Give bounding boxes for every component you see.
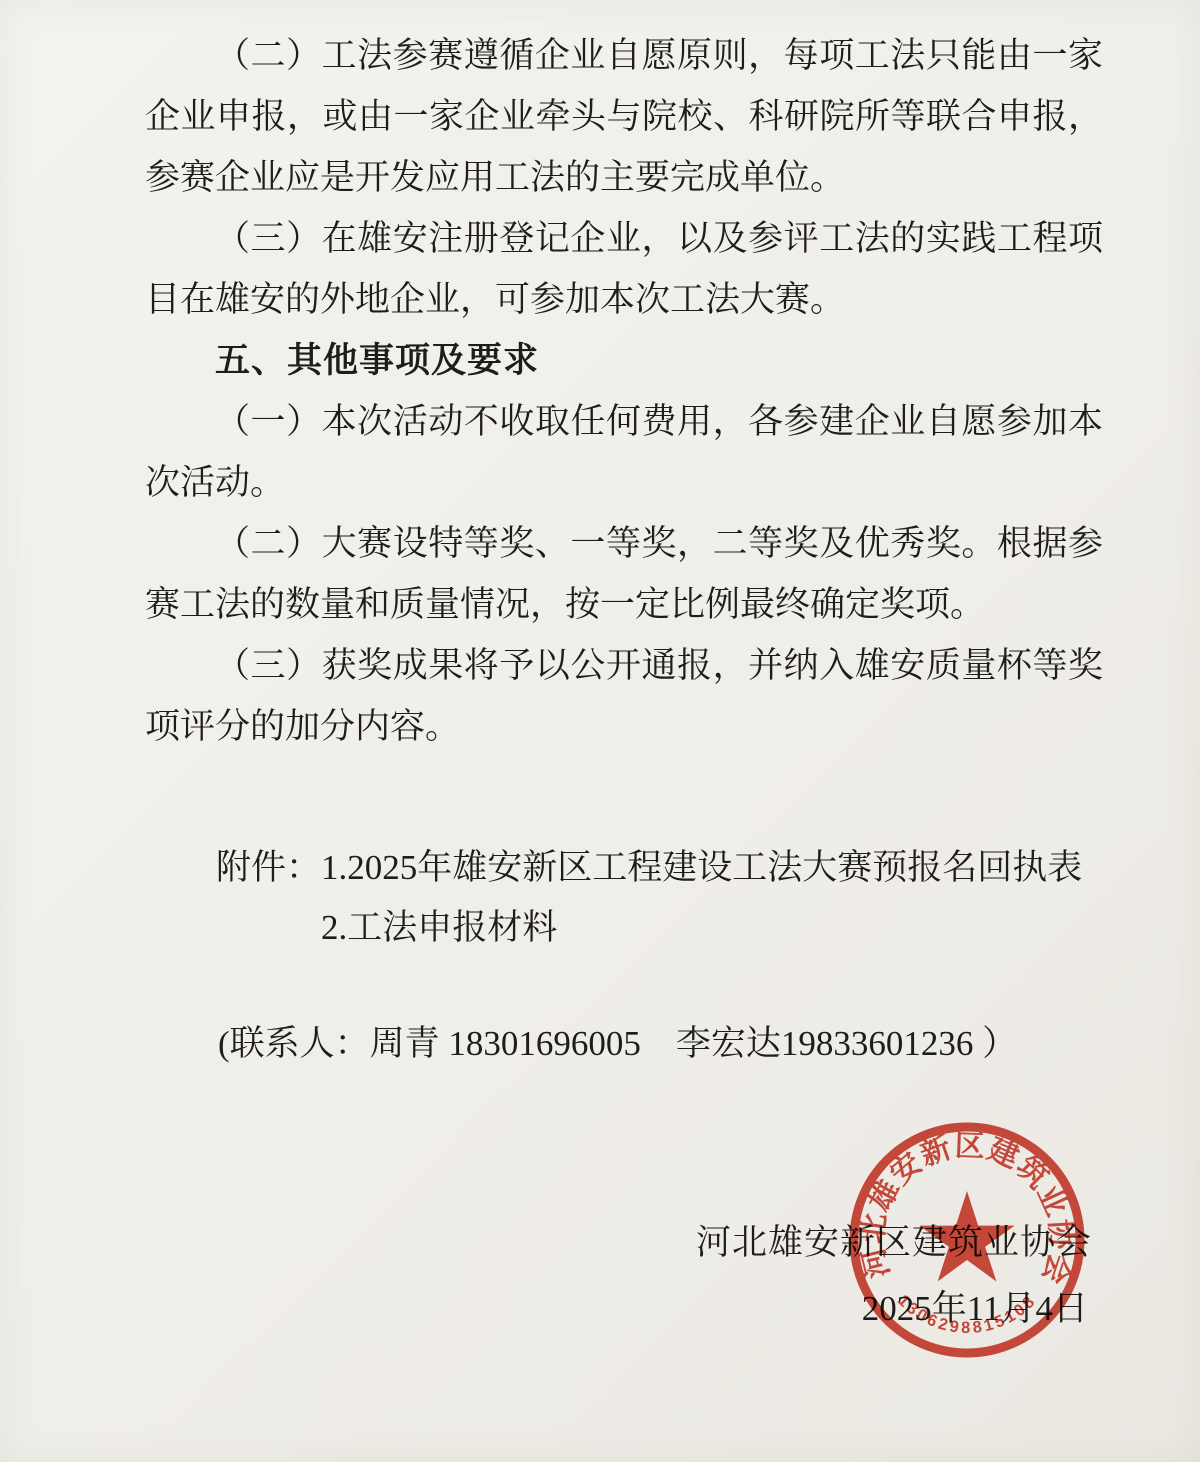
paragraph: （三）获奖成果将予以公开通报，并纳入雄安质量杯等奖项评分的加分内容。 <box>145 635 1103 757</box>
attachments-label: 附件： <box>216 838 321 898</box>
document-body: （二）工法参赛遵循企业自愿原则，每项工法只能由一家企业申报，或由一家企业牵头与院… <box>145 25 1103 757</box>
attachments-list: 1.2025年雄安新区工程建设工法大赛预报名回执表 2.工法申报材料 <box>321 838 1082 958</box>
section-heading: 五、其他事项及要求 <box>145 330 1103 391</box>
official-seal: 河北雄安新区建筑业协会 1306298815108 <box>842 1115 1092 1365</box>
svg-text:1306298815108: 1306298815108 <box>894 1291 1040 1337</box>
paragraph: （二）工法参赛遵循企业自愿原则，每项工法只能由一家企业申报，或由一家企业牵头与院… <box>145 25 1103 208</box>
paragraph: （三）在雄安注册登记企业，以及参评工法的实践工程项目在雄安的外地企业，可参加本次… <box>145 208 1103 330</box>
seal-serial-number: 1306298815108 <box>894 1291 1040 1337</box>
seal-graphic: 河北雄安新区建筑业协会 1306298815108 <box>842 1115 1092 1365</box>
attachment-item: 2.工法申报材料 <box>321 898 1082 958</box>
paragraph: （二）大赛设特等奖、一等奖，二等奖及优秀奖。根据参赛工法的数量和质量情况，按一定… <box>145 513 1103 635</box>
paragraph: （一）本次活动不收取任何费用，各参建企业自愿参加本次活动。 <box>145 391 1103 513</box>
contact-line: (联系人：周青 18301696005 李宏达19833601236 ） <box>218 1022 1017 1066</box>
seal-star-icon <box>919 1191 1014 1282</box>
document-page: （二）工法参赛遵循企业自愿原则，每项工法只能由一家企业申报，或由一家企业牵头与院… <box>0 0 1200 1462</box>
attachments-block: 附件： 1.2025年雄安新区工程建设工法大赛预报名回执表 2.工法申报材料 <box>216 838 1082 958</box>
attachment-item: 1.2025年雄安新区工程建设工法大赛预报名回执表 <box>321 838 1082 898</box>
